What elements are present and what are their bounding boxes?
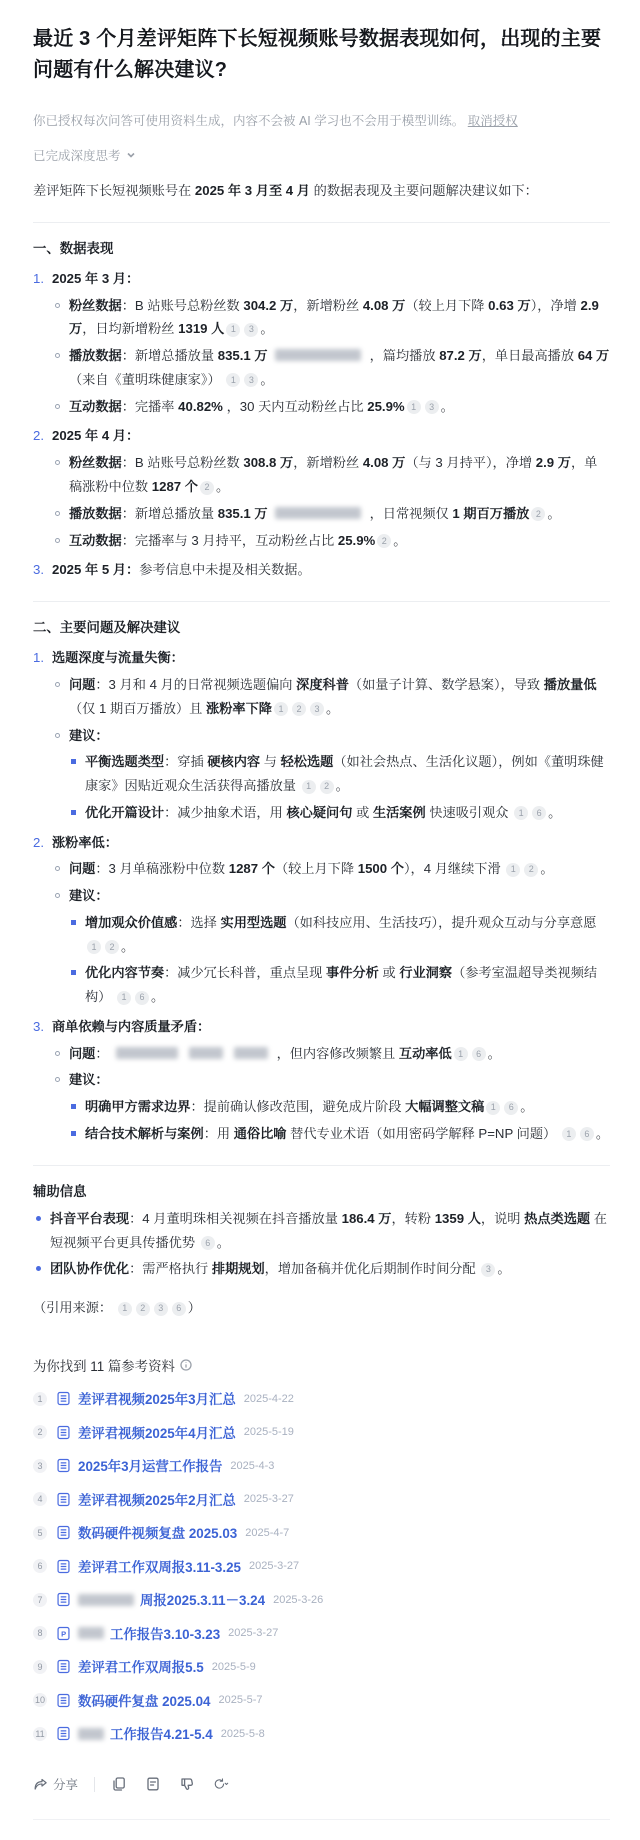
reference-link[interactable]: 差评君工作双周报3.11-3.25 xyxy=(78,1557,241,1576)
reference-number: 6 xyxy=(33,1559,47,1573)
text: ，但内容修改频繁且 xyxy=(277,1046,399,1061)
bold-text: 835.1 万 xyxy=(218,506,268,521)
text: （来自《董明珠健康家》） xyxy=(69,372,224,387)
bold-text: 优化内容节奏 xyxy=(85,965,164,980)
copy-icon xyxy=(111,1776,127,1792)
redacted-text xyxy=(78,1728,104,1740)
circle-bullet xyxy=(55,893,60,898)
reference-link[interactable]: 差评君视频2025年3月汇总 xyxy=(78,1389,236,1408)
reference-number: 10 xyxy=(33,1693,47,1707)
data-usage-notice: 你已授权每次问答可使用资料生成，内容不会被 AI 学习也不会用于模型训练。 取消… xyxy=(33,111,610,131)
message-divider xyxy=(33,1819,610,1820)
bold-text: 播放数据 xyxy=(69,348,122,363)
text: （较上月下降 xyxy=(405,298,488,313)
reference-link[interactable]: 周报2025.3.11－3.24 xyxy=(140,1590,265,1609)
circle-bullet xyxy=(55,511,60,516)
sub-list-item: 互动数据：完播率与 3 月持平，互动粉丝占比 25.9%2。 xyxy=(55,529,610,553)
square-bullet xyxy=(71,810,76,815)
bold-text: 粉丝数据 xyxy=(69,455,122,470)
bold-text: 304.2 万 xyxy=(243,298,293,313)
bold-text: 建议： xyxy=(69,728,109,743)
bold-text: 行业洞察 xyxy=(399,965,452,980)
reference-link[interactable]: 差评君视频2025年2月汇总 xyxy=(78,1490,236,1509)
sub-sub-list-item: 结合技术解析与案例：用 通俗比喻 替代专业术语（如用密码学解释 P=NP 问题）… xyxy=(71,1122,610,1146)
bold-text: 1287 个 xyxy=(152,479,198,494)
bold-text: 结合技术解析与案例 xyxy=(85,1126,204,1141)
list-number: 3. xyxy=(33,558,52,582)
bold-text: 抖音平台表现 xyxy=(50,1211,129,1226)
bold-text: 4.08 万 xyxy=(363,455,406,470)
reference-link[interactable]: 2025年3月运营工作报告 xyxy=(78,1456,222,1475)
bold-text: 明确甲方需求边界 xyxy=(85,1099,191,1114)
bold-text: 186.4 万 xyxy=(342,1211,392,1226)
text: ：用 xyxy=(204,1126,234,1141)
reference-item[interactable]: 7周报2025.3.11－3.242025-3-26 xyxy=(33,1590,610,1609)
bold-text: 涨粉率低： xyxy=(52,835,118,850)
question-title: 最近 3 个月差评矩阵下长短视频账号数据表现如何，出现的主要问题有什么解决建议? xyxy=(33,24,610,86)
reference-link[interactable]: 差评君视频2025年4月汇总 xyxy=(78,1423,236,1442)
bold-text: 问题 xyxy=(69,861,95,876)
redacted-text xyxy=(78,1594,134,1606)
square-bullet xyxy=(71,759,76,764)
sub-sub-list-item: 优化内容节奏：减少冗长科普，重点呈现 事件分析 或 行业洞察（参考室温超导类视频… xyxy=(71,961,610,1009)
references-heading-text: 为你找到 11 篇参考资料 xyxy=(33,1356,175,1375)
list-number: 2. xyxy=(33,831,52,1009)
text: （引用来源： xyxy=(33,1300,116,1315)
citation-badge[interactable]: 1 xyxy=(226,373,240,387)
bullet-list-item: 抖音平台表现：4 月董明珠相关视频在抖音播放量 186.4 万，转粉 1359 … xyxy=(36,1207,610,1255)
citation-badge[interactable]: 1 xyxy=(454,1047,468,1061)
section-divider xyxy=(33,1165,610,1166)
sub-list-item: 粉丝数据：B 站账号总粉丝数 304.2 万，新增粉丝 4.08 万（较上月下降… xyxy=(55,294,610,342)
sub-list-item: 粉丝数据：B 站账号总粉丝数 308.8 万，新增粉丝 4.08 万（与 3 月… xyxy=(55,451,610,499)
citation-badge[interactable]: 1 xyxy=(407,400,421,414)
text: ），净增 xyxy=(531,298,581,313)
reference-number: 8 xyxy=(33,1626,47,1640)
text: 。 xyxy=(151,989,164,1004)
disc-bullet xyxy=(36,1266,41,1271)
document-file-icon xyxy=(56,1458,71,1473)
sub-list-item: 建议：增加观众价值感：选择 实用型选题（如科技应用、生活技巧），提升观众互动与分… xyxy=(55,884,610,1009)
citation-badge[interactable]: 3 xyxy=(154,1302,168,1316)
bold-text: 互动数据 xyxy=(69,533,122,548)
reference-link[interactable]: 数码硬件复盘 2025.04 xyxy=(78,1691,210,1710)
bold-text: 问题 xyxy=(69,677,95,692)
citation-badge[interactable]: 2 xyxy=(377,534,391,548)
notice-text: 你已授权每次问答可使用资料生成，内容不会被 AI 学习也不会用于模型训练。 xyxy=(33,114,464,128)
citation-badge[interactable]: 6 xyxy=(472,1047,486,1061)
text: ，日均新增粉丝 xyxy=(82,321,178,336)
text: （与 3 月持平），净增 xyxy=(405,455,535,470)
reference-date: 2025-4-7 xyxy=(245,1527,289,1539)
reference-link[interactable]: 工作报告3.10-3.23 xyxy=(110,1624,220,1643)
reference-link[interactable]: 工作报告4.21-5.4 xyxy=(110,1724,213,1743)
citation-badge[interactable]: 6 xyxy=(504,1101,518,1115)
square-bullet xyxy=(71,1104,76,1109)
text: 。 xyxy=(497,1261,510,1276)
sub-sub-list-item: 明确甲方需求边界：提前确认修改范围，避免成片阶段 大幅调整文稿16。 xyxy=(71,1095,610,1119)
bold-text: 64 万 xyxy=(578,348,610,363)
citation-badge[interactable]: 2 xyxy=(136,1302,150,1316)
text: 的数据表现及主要问题解决建议如下： xyxy=(310,183,538,198)
bold-text: 建议： xyxy=(69,1072,109,1087)
reference-date: 2025-3-27 xyxy=(249,1560,299,1572)
bold-text: 308.8 万 xyxy=(243,455,293,470)
bold-text: 商单依赖与内容质量矛盾： xyxy=(52,1019,210,1034)
text: 。 xyxy=(216,479,229,494)
reference-number: 7 xyxy=(33,1593,47,1607)
text: 与 xyxy=(260,754,281,769)
citation-badge[interactable]: 6 xyxy=(532,806,546,820)
citation-badge[interactable]: 1 xyxy=(117,991,131,1005)
citation-badge[interactable]: 1 xyxy=(486,1101,500,1115)
list-number: 2. xyxy=(33,424,52,552)
sub-list-item: 互动数据：完播率 40.82% ，30 天内互动粉丝占比 25.9%13。 xyxy=(55,395,610,419)
reference-number: 4 xyxy=(33,1492,47,1506)
info-icon[interactable] xyxy=(180,1359,192,1371)
bold-text: 0.63 万 xyxy=(488,298,531,313)
reference-date: 2025-4-22 xyxy=(244,1393,294,1405)
circle-bullet xyxy=(55,1051,60,1056)
citation-badge[interactable]: 3 xyxy=(244,323,258,337)
reference-item[interactable]: 32025年3月运营工作报告2025-4-3 xyxy=(33,1456,610,1475)
text: 。 xyxy=(217,1235,230,1250)
citation-badge[interactable]: 1 xyxy=(562,1127,576,1141)
text: ：完播率与 3 月持平，互动粉丝占比 xyxy=(122,533,338,548)
citation-badge[interactable]: 1 xyxy=(274,702,288,716)
regenerate-icon xyxy=(213,1776,229,1792)
text: 。 xyxy=(121,939,134,954)
bold-text: 互动率低 xyxy=(399,1046,452,1061)
citation-badge[interactable]: 1 xyxy=(506,863,520,877)
sub-list-item: 建议：平衡选题类型：穿插 硬核内容 与 轻松选题（如社会热点、生活化议题），例如… xyxy=(55,724,610,825)
text: 。 xyxy=(393,533,406,548)
bold-text: 大幅调整文稿 xyxy=(405,1099,484,1114)
bold-text: 87.2 万 xyxy=(439,348,482,363)
reference-date: 2025-3-26 xyxy=(273,1594,323,1606)
section-divider xyxy=(33,601,610,602)
ordered-list-item: 3.2025 年 5 月：参考信息中未提及相关数据。 xyxy=(33,558,610,582)
disc-bullet xyxy=(36,1216,41,1221)
text: ：3 月单稿涨粉中位数 xyxy=(95,861,228,876)
text: ，增加备稿并优化后期制作时间分配 xyxy=(265,1261,480,1276)
bold-text: 2025 年 5 月： xyxy=(52,562,139,577)
text: 。 xyxy=(540,861,553,876)
citation-badge[interactable]: 1 xyxy=(118,1302,132,1316)
text: （较上月下降 xyxy=(275,861,358,876)
text: 替代专业术语（如用密码学解释 P=NP 问题） xyxy=(286,1126,559,1141)
bold-text: 优化开篇设计 xyxy=(85,805,164,820)
reference-date: 2025-4-3 xyxy=(230,1460,274,1472)
ordered-list-item: 2.涨粉率低：问题：3 月单稿涨粉中位数 1287 个（较上月下降 1500 个… xyxy=(33,831,610,1009)
cancel-authorization-link[interactable]: 取消授权 xyxy=(468,114,518,128)
ordered-list-item: 1.选题深度与流量失衡：问题：3 月和 4 月的日常视频选题偏向 深度科普（如量… xyxy=(33,646,610,824)
text: ），4 月继续下滑 xyxy=(404,861,504,876)
text: ：减少抽象术语，用 xyxy=(164,805,286,820)
bold-text: 1287 个 xyxy=(229,861,275,876)
reference-date: 2025-5-19 xyxy=(244,1426,294,1438)
bold-text: 1319 人 xyxy=(178,321,224,336)
bold-text: 播放量低 xyxy=(544,677,597,692)
circle-bullet xyxy=(55,538,60,543)
bold-text: 排期规划 xyxy=(212,1261,265,1276)
text: ，新增粉丝 xyxy=(293,298,363,313)
regenerate-button[interactable] xyxy=(213,1776,229,1792)
message-toolbar: 分享 xyxy=(33,1775,610,1793)
ordered-list-item: 2.2025 年 4 月：粉丝数据：B 站账号总粉丝数 308.8 万，新增粉丝… xyxy=(33,424,610,552)
text: ：3 月和 4 月的日常视频选题偏向 xyxy=(95,677,296,692)
bullet-list-item: 团队协作优化：需严格执行 排期规划，增加备稿并优化后期制作时间分配 3。 xyxy=(36,1257,610,1281)
section-heading: 一、数据表现 xyxy=(33,237,610,261)
text: ，单日最高播放 xyxy=(482,348,578,363)
reference-link[interactable]: 差评君工作双周报5.5 xyxy=(78,1657,204,1676)
text: （仅 1 期百万播放）且 xyxy=(69,701,206,716)
reference-number: 1 xyxy=(33,1392,47,1406)
bold-text: 2025 年 4 月： xyxy=(52,428,139,443)
bold-text: 通俗比喻 xyxy=(234,1126,287,1141)
citation-badge[interactable]: 2 xyxy=(105,940,119,954)
document-file-icon xyxy=(56,1559,71,1574)
document-file-icon xyxy=(56,1391,71,1406)
reference-item[interactable]: 4差评君视频2025年2月汇总2025-3-27 xyxy=(33,1490,610,1509)
text: ：减少冗长科普，重点呈现 xyxy=(164,965,326,980)
square-bullet xyxy=(71,970,76,975)
reference-date: 2025-5-9 xyxy=(212,1661,256,1673)
deep-think-toggle[interactable]: 已完成深度思考 xyxy=(33,146,610,164)
text: 。 xyxy=(596,1126,609,1141)
bold-text: 生活案例 xyxy=(373,805,426,820)
answer-page: 最近 3 个月差评矩阵下长短视频账号数据表现如何，出现的主要问题有什么解决建议?… xyxy=(0,0,640,1840)
reference-date: 2025-5-8 xyxy=(221,1728,265,1740)
bold-text: 互动数据 xyxy=(69,399,122,414)
text: ，转粉 xyxy=(391,1211,434,1226)
text: ：4 月董明珠相关视频在抖音播放量 xyxy=(129,1211,341,1226)
reference-date: 2025-5-7 xyxy=(218,1694,262,1706)
text: 或 xyxy=(352,805,373,820)
text: ：需严格执行 xyxy=(129,1261,212,1276)
citation-badge[interactable]: 3 xyxy=(481,1263,495,1277)
bold-text: 核心疑问句 xyxy=(286,805,352,820)
svg-text:P: P xyxy=(61,1629,66,1638)
bold-text: 25.9% xyxy=(338,533,375,548)
redacted-text xyxy=(275,349,361,361)
reference-number: 2 xyxy=(33,1425,47,1439)
citation-badge[interactable]: 3 xyxy=(310,702,324,716)
citation-badge[interactable]: 6 xyxy=(580,1127,594,1141)
bold-text: 选题深度与流量失衡： xyxy=(52,650,184,665)
text: 或 xyxy=(379,965,400,980)
ordered-list-item: 3.商单依赖与内容质量矛盾：问题：，但内容修改频繁且 互动率低16。建议：明确甲… xyxy=(33,1015,610,1146)
text: ，日常视频仅 xyxy=(370,506,453,521)
bold-text: 40.82% xyxy=(178,399,223,414)
reference-number: 11 xyxy=(33,1727,47,1741)
citation-badge[interactable]: 6 xyxy=(135,991,149,1005)
bold-text: 团队协作优化 xyxy=(50,1261,129,1276)
redacted-text xyxy=(116,1047,178,1059)
text: ，30 天内互动粉丝占比 xyxy=(223,399,367,414)
presentation-file-icon: P xyxy=(56,1626,71,1641)
list-number: 1. xyxy=(33,646,52,824)
bold-text: 涨粉率下降 xyxy=(206,701,272,716)
reference-date: 2025-3-27 xyxy=(244,1493,294,1505)
bold-text: 1359 人 xyxy=(435,1211,481,1226)
bold-text: 实用型选题 xyxy=(221,915,287,930)
chevron-down-icon xyxy=(126,150,136,160)
answer-content: 差评矩阵下长短视频账号在 2025 年 3 月至 4 月 的数据表现及主要问题解… xyxy=(33,179,610,1320)
reference-number: 9 xyxy=(33,1660,47,1674)
toolbar-separator xyxy=(94,1777,95,1792)
reference-item[interactable]: 6差评君工作双周报3.11-3.252025-3-27 xyxy=(33,1557,610,1576)
bold-text: 深度科普 xyxy=(296,677,349,692)
reference-item[interactable]: 8P工作报告3.10-3.232025-3-27 xyxy=(33,1624,610,1643)
section-divider xyxy=(33,222,610,223)
redacted-text xyxy=(234,1047,268,1059)
reference-item[interactable]: 5数码硬件视频复盘 2025.032025-4-7 xyxy=(33,1523,610,1542)
text: 。 xyxy=(326,701,339,716)
bold-text: 2025 年 3 月： xyxy=(52,271,139,286)
text: 。 xyxy=(520,1099,533,1114)
share-button[interactable]: 分享 xyxy=(33,1775,78,1793)
citation-badge[interactable]: 3 xyxy=(425,400,439,414)
citation-badge[interactable]: 2 xyxy=(200,481,214,495)
reference-item[interactable]: 1差评君视频2025年3月汇总2025-4-22 xyxy=(33,1389,610,1408)
reference-number: 3 xyxy=(33,1459,47,1473)
list-number: 1. xyxy=(33,267,52,419)
bold-text: 2.9 万 xyxy=(536,455,571,470)
square-bullet xyxy=(71,1131,76,1136)
bold-text: 4.08 万 xyxy=(363,298,406,313)
sub-list-item: 建议：明确甲方需求边界：提前确认修改范围，避免成片阶段 大幅调整文稿16。结合技… xyxy=(55,1068,610,1145)
citation-badge[interactable]: 1 xyxy=(302,780,316,794)
paragraph: 差评矩阵下长短视频账号在 2025 年 3 月至 4 月 的数据表现及主要问题解… xyxy=(33,179,610,203)
references-list: 1差评君视频2025年3月汇总2025-4-222差评君视频2025年4月汇总2… xyxy=(33,1389,610,1743)
sub-list-item: 问题：，但内容修改频繁且 互动率低16。 xyxy=(55,1042,610,1066)
reference-date: 2025-3-27 xyxy=(228,1627,278,1639)
share-icon xyxy=(33,1777,48,1792)
reference-item[interactable]: 10数码硬件复盘 2025.042025-5-7 xyxy=(33,1691,610,1710)
paragraph: （引用来源： 1236） xyxy=(33,1296,610,1320)
deep-think-status: 已完成深度思考 xyxy=(33,146,121,164)
sub-sub-list-item: 优化开篇设计：减少抽象术语，用 核心疑问句 或 生活案例 快速吸引观众 16。 xyxy=(71,801,610,825)
citation-badge[interactable]: 2 xyxy=(531,507,545,521)
reference-item[interactable]: 2差评君视频2025年4月汇总2025-5-19 xyxy=(33,1423,610,1442)
circle-bullet xyxy=(55,460,60,465)
bold-text: 25.9% xyxy=(367,399,404,414)
text: ，说明 xyxy=(481,1211,524,1226)
circle-bullet xyxy=(55,353,60,358)
text: ：完播率 xyxy=(122,399,178,414)
section-heading: 辅助信息 xyxy=(33,1180,610,1204)
dislike-button[interactable] xyxy=(179,1776,195,1792)
text: 。 xyxy=(336,778,349,793)
export-notes-button[interactable] xyxy=(145,1776,161,1792)
text: 参考信息中未提及相关数据。 xyxy=(139,562,310,577)
share-label: 分享 xyxy=(53,1775,78,1793)
notes-icon xyxy=(145,1776,161,1792)
citation-badge[interactable]: 6 xyxy=(201,1236,215,1250)
reference-item[interactable]: 9差评君工作双周报5.52025-5-9 xyxy=(33,1657,610,1676)
bold-text: 增加观众价值感 xyxy=(85,915,177,930)
bold-text: 1 期百万播放 xyxy=(452,506,529,521)
circle-bullet xyxy=(55,733,60,738)
sub-list-item: 播放数据：新增总播放量 835.1 万，日常视频仅 1 期百万播放2。 xyxy=(55,502,610,526)
text: 。 xyxy=(260,321,273,336)
text: 差评矩阵下长短视频账号在 xyxy=(33,183,195,198)
document-file-icon xyxy=(56,1525,71,1540)
text: 。 xyxy=(548,805,561,820)
sub-list-item: 播放数据：新增总播放量 835.1 万，篇均播放 87.2 万，单日最高播放 6… xyxy=(55,344,610,392)
section-heading: 二、主要问题及解决建议 xyxy=(33,616,610,640)
text: ：提前确认修改范围，避免成片阶段 xyxy=(191,1099,406,1114)
citation-badge[interactable]: 2 xyxy=(320,780,334,794)
text: 。 xyxy=(488,1046,501,1061)
text: 。 xyxy=(260,372,273,387)
citation-badge[interactable]: 6 xyxy=(172,1302,186,1316)
bold-text: 2025 年 3 月至 4 月 xyxy=(195,183,310,198)
circle-bullet xyxy=(55,404,60,409)
document-file-icon xyxy=(56,1592,71,1607)
citation-badge[interactable]: 1 xyxy=(87,940,101,954)
citation-badge[interactable]: 1 xyxy=(514,806,528,820)
bold-text: 835.1 万 xyxy=(218,348,268,363)
text: ：选择 xyxy=(177,915,220,930)
sub-list-item: 问题：3 月和 4 月的日常视频选题偏向 深度科普（如量子计算、数学悬案），导致… xyxy=(55,673,610,721)
text: ） xyxy=(188,1300,201,1315)
text: 快速吸引观众 xyxy=(426,805,512,820)
copy-button[interactable] xyxy=(111,1776,127,1792)
reference-item[interactable]: 11工作报告4.21-5.42025-5-8 xyxy=(33,1724,610,1743)
bold-text: 平衡选题类型 xyxy=(85,754,164,769)
bold-text: 热点类选题 xyxy=(524,1211,590,1226)
redacted-text xyxy=(189,1047,223,1059)
document-file-icon xyxy=(56,1425,71,1440)
bold-text: 播放数据 xyxy=(69,506,122,521)
bold-text: 硬核内容 xyxy=(207,754,260,769)
circle-bullet xyxy=(55,866,60,871)
text: ：B 站账号总粉丝数 xyxy=(122,455,244,470)
bold-text: 问题 xyxy=(69,1046,95,1061)
redacted-text xyxy=(275,507,361,519)
document-file-icon xyxy=(56,1492,71,1507)
sub-list-item: 问题：3 月单稿涨粉中位数 1287 个（较上月下降 1500 个），4 月继续… xyxy=(55,857,610,881)
bold-text: 粉丝数据 xyxy=(69,298,122,313)
circle-bullet xyxy=(55,1077,60,1082)
circle-bullet xyxy=(55,682,60,687)
citation-badge[interactable]: 2 xyxy=(524,863,538,877)
reference-number: 5 xyxy=(33,1526,47,1540)
square-bullet xyxy=(71,920,76,925)
text: 。 xyxy=(547,506,560,521)
text: ： xyxy=(95,1046,108,1061)
bold-text: 事件分析 xyxy=(326,965,379,980)
reference-link[interactable]: 数码硬件视频复盘 2025.03 xyxy=(78,1523,237,1542)
thumbs-down-icon xyxy=(179,1776,195,1792)
text: （如量子计算、数学悬案），导致 xyxy=(349,677,544,692)
document-file-icon xyxy=(56,1693,71,1708)
text: ：新增总播放量 xyxy=(122,348,218,363)
list-number: 3. xyxy=(33,1015,52,1146)
bold-text: 轻松选题 xyxy=(281,754,334,769)
ordered-list-item: 1.2025 年 3 月：粉丝数据：B 站账号总粉丝数 304.2 万，新增粉丝… xyxy=(33,267,610,419)
bold-text: 建议： xyxy=(69,888,109,903)
citation-badge[interactable]: 3 xyxy=(244,373,258,387)
citation-badge[interactable]: 1 xyxy=(226,323,240,337)
text: ：穿插 xyxy=(164,754,207,769)
document-file-icon xyxy=(56,1726,71,1741)
citation-badge[interactable]: 2 xyxy=(292,702,306,716)
text: 。 xyxy=(441,399,454,414)
redacted-text xyxy=(78,1627,104,1639)
